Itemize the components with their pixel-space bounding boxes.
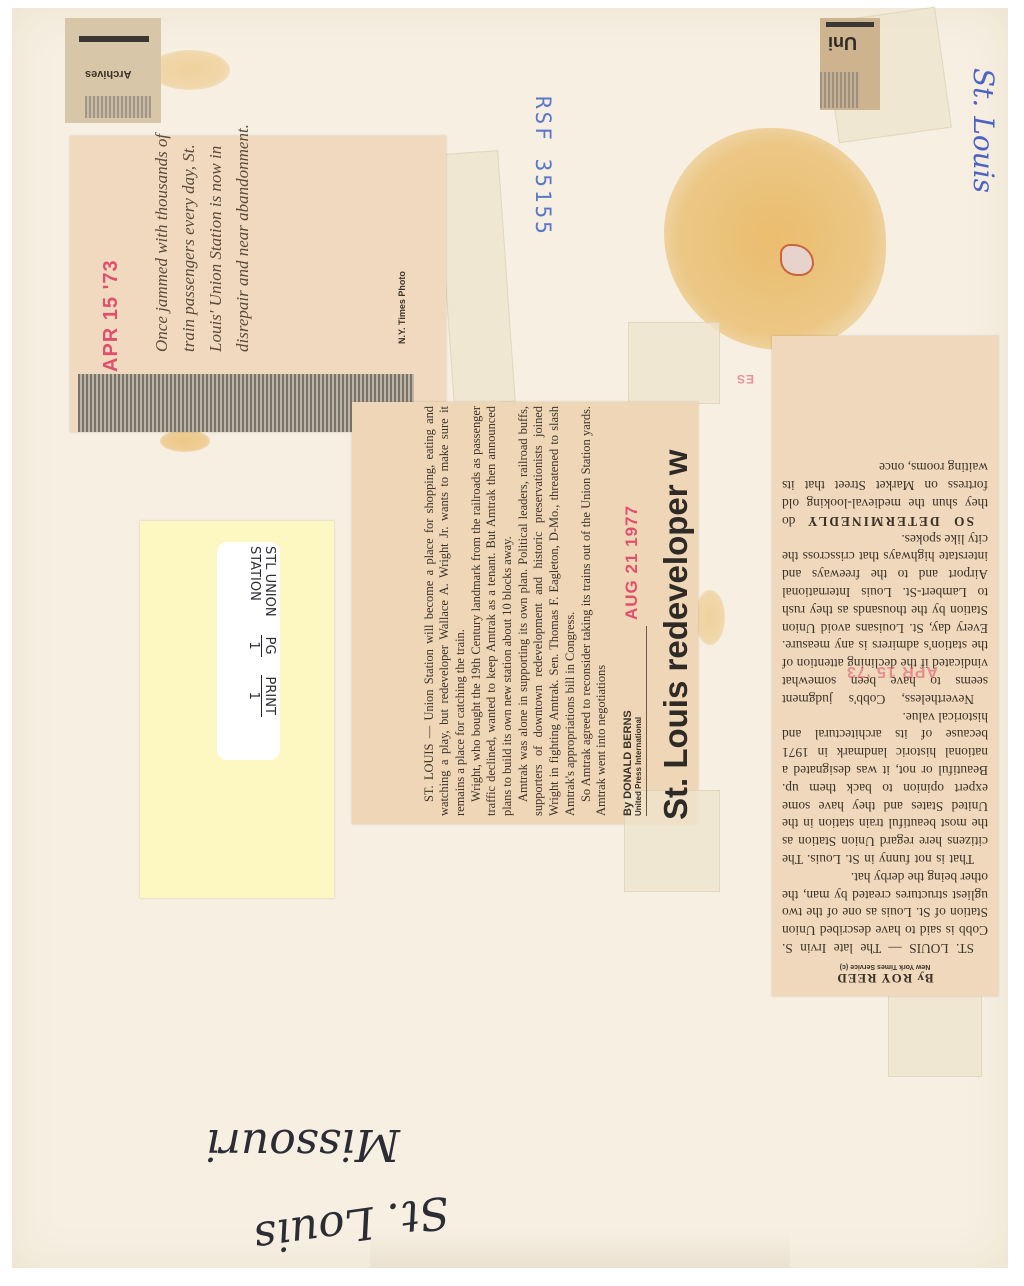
article-date-stamp: AUG 21 1977: [622, 505, 642, 620]
right-article-subhead: SO DETERMINEDLY: [806, 514, 974, 529]
right-article-paragraph: That is not funny in St. Louis. The citi…: [782, 708, 988, 868]
handwritten-line-2: Missouri: [206, 1119, 400, 1170]
article-headline: St. Louis redeveloper w: [658, 450, 694, 820]
article-agency: United Press International: [634, 626, 647, 816]
photo-clipping: APR 15 '73 N.Y. Times Photo: [70, 136, 446, 432]
right-article-date-stamp: APR 15 '73: [846, 662, 938, 680]
right-article-paragraph: ST. LOUIS — The late Irvin S. Cobb is sa…: [782, 868, 988, 957]
right-article-paragraph: Nevertheless, Cobb's judgment seems to h…: [782, 530, 988, 708]
article-paragraph: Amtrak was alone in supporting its own p…: [516, 406, 579, 816]
right-article-agency: New York Times Service (c): [782, 963, 988, 970]
file-code: RSF 35155: [531, 96, 555, 237]
stain-right-of-mid: [695, 590, 725, 645]
stain-top-left: [150, 50, 230, 90]
crinkled-bottom-edge: [370, 1232, 790, 1268]
photo-caption: Once jammed with thousands of train pass…: [148, 112, 256, 352]
article-paragraph: ST. LOUIS — Union Station will become a …: [422, 406, 469, 816]
label-page: PG 1: [246, 635, 277, 657]
photo-credit: N.Y. Times Photo: [392, 271, 410, 344]
handwritten-city-top: St. Louis: [967, 68, 1000, 193]
corner-clipping-top-right: Uni: [820, 18, 880, 110]
photo-date-stamp: APR 15 '73: [100, 259, 123, 372]
uni-label: Uni: [828, 32, 857, 53]
subject-label: STL UNION STATION PG 1 PRINT 1: [217, 542, 280, 760]
article-paragraph: So Amtrak agreed to reconsider taking it…: [579, 406, 610, 816]
archives-label: Archives: [85, 68, 131, 80]
middle-article: St. Louis redeveloper w By DONALD BERNS …: [360, 400, 696, 820]
stain-photo-bottom: [160, 430, 210, 452]
partial-red-stamp: ES: [736, 372, 754, 386]
article-paragraph: Wright, who bought the 19th Century land…: [469, 406, 516, 816]
right-article-byline: By ROY REED: [782, 970, 988, 986]
corner-clipping-top-left: Archives: [65, 18, 161, 123]
label-print: PRINT 1: [246, 675, 277, 717]
label-subject: STL UNION STATION: [247, 546, 277, 617]
right-article-clipping: By ROY REED New York Times Service (c) S…: [772, 336, 998, 996]
tape-center-right: [628, 322, 720, 404]
